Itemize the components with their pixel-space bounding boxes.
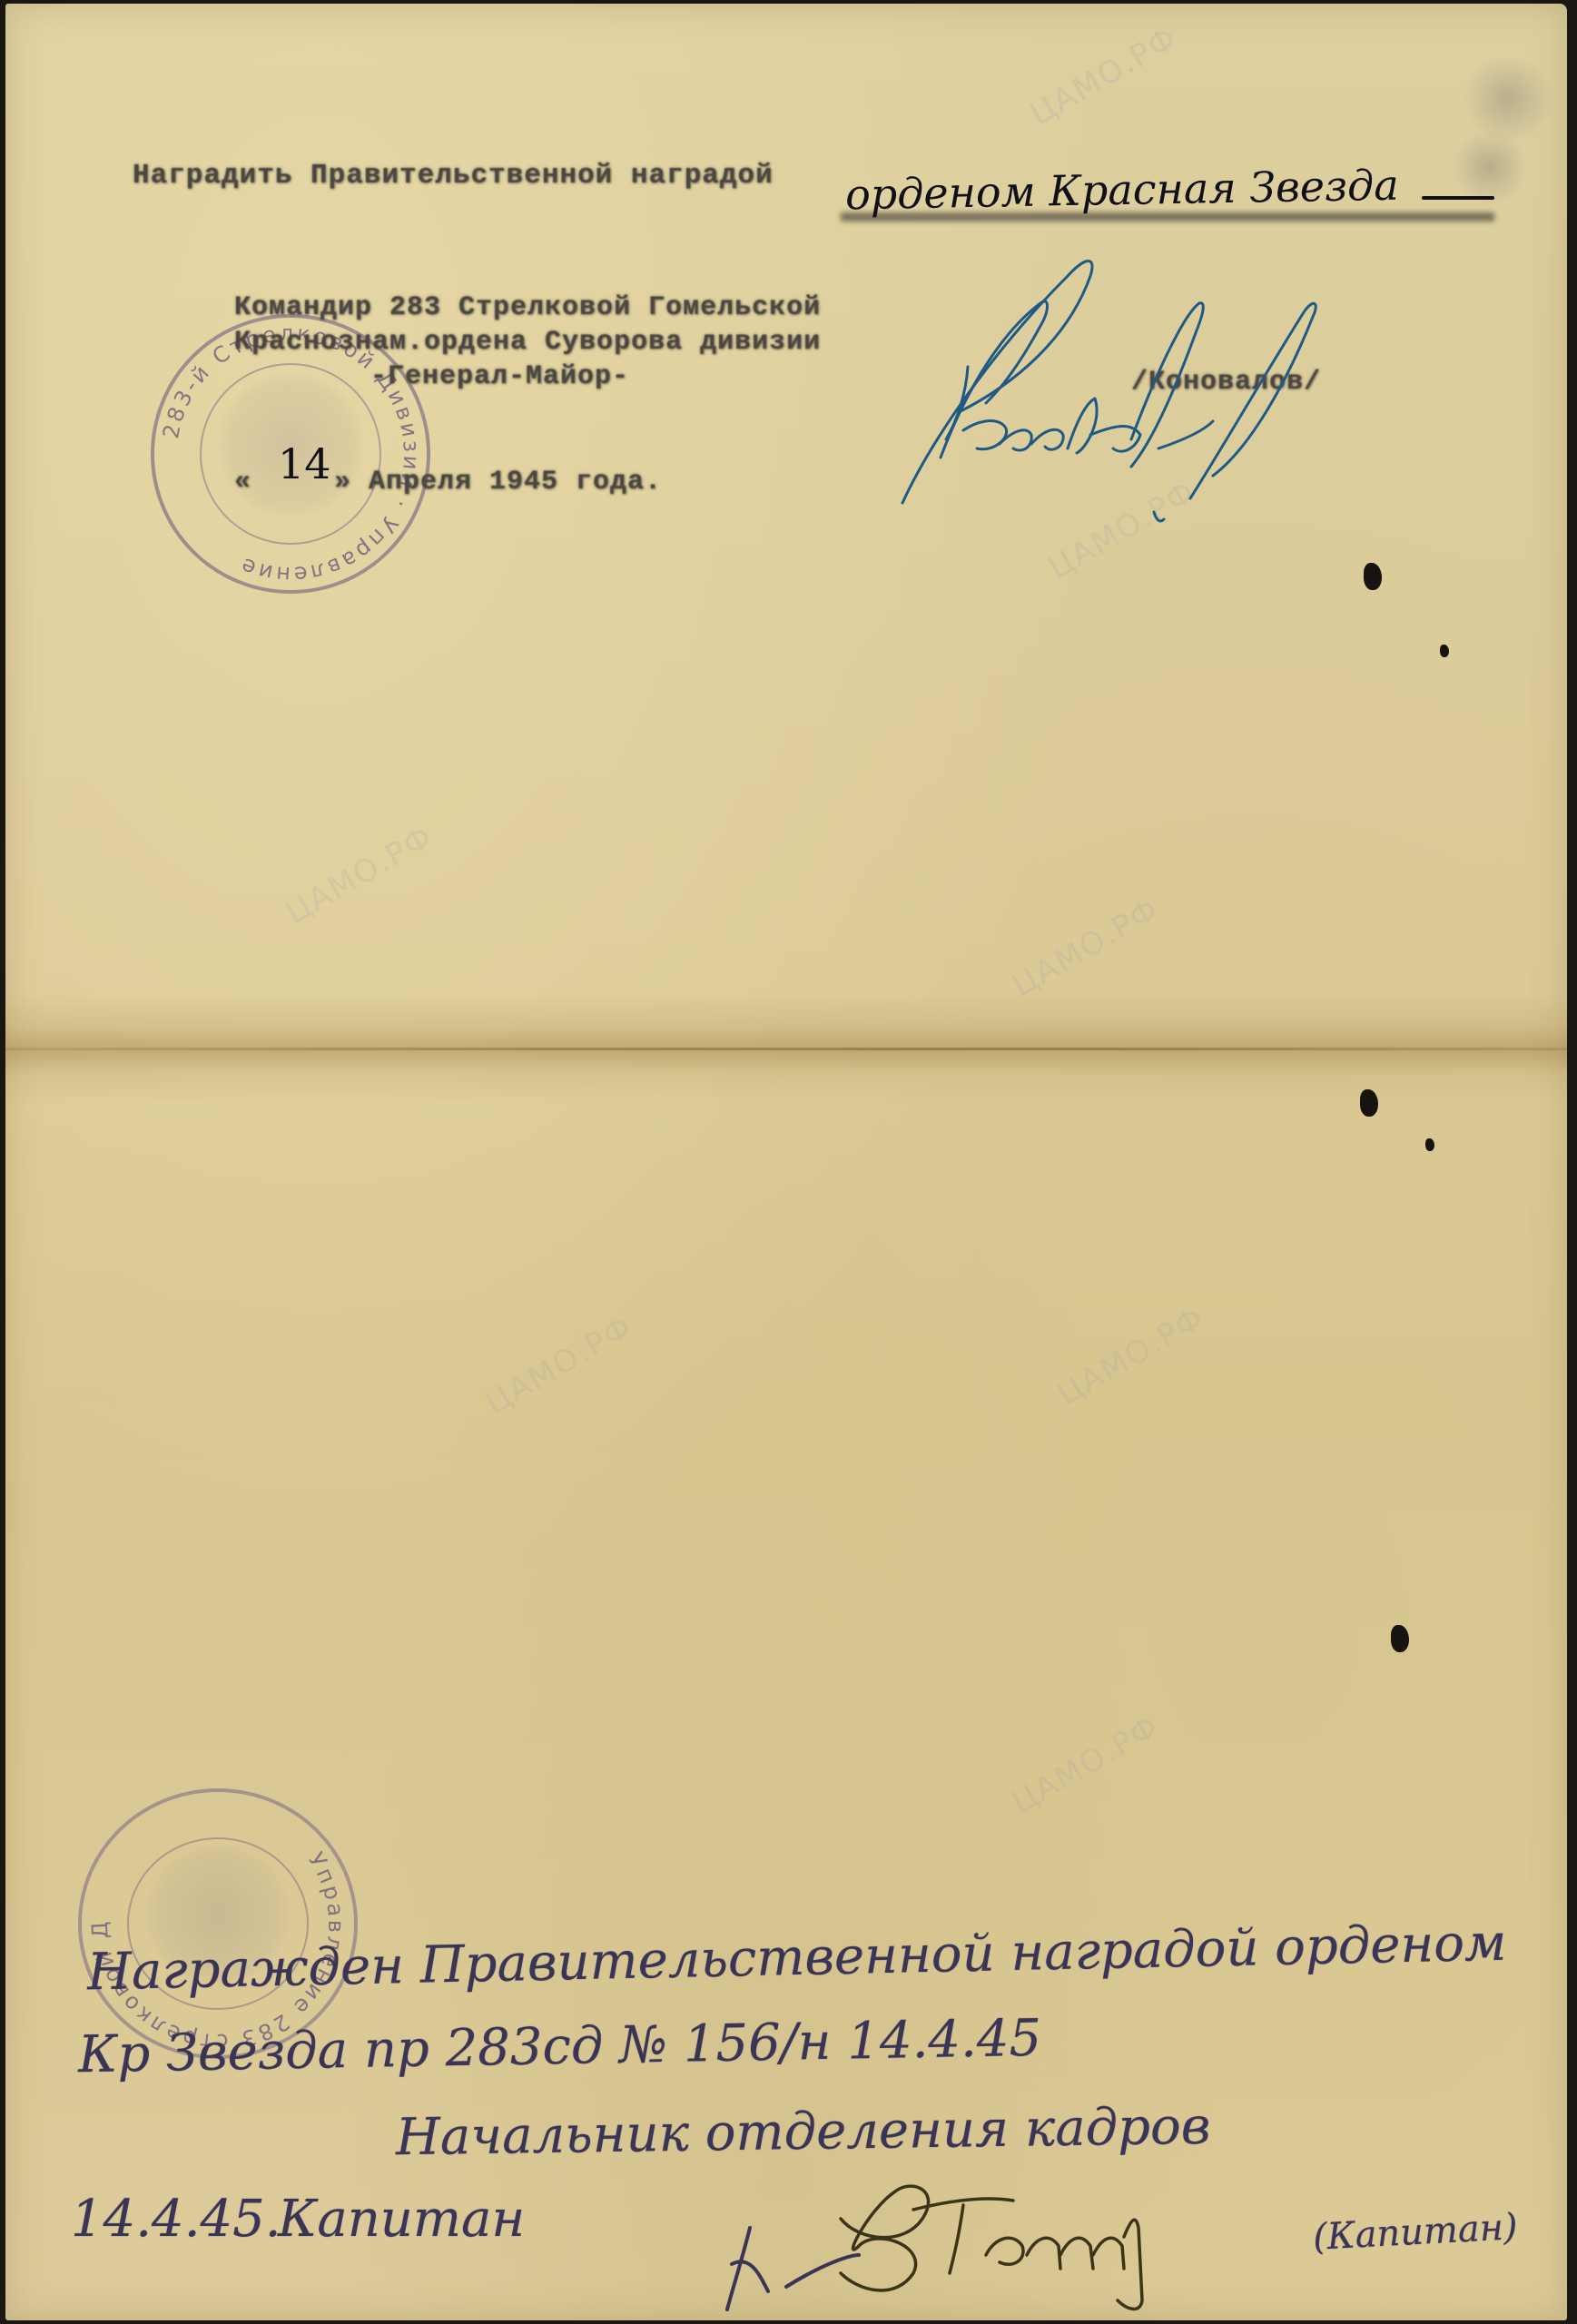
punch-hole [1391, 1625, 1409, 1652]
award-note-date: 14.4.45. [71, 2190, 281, 2249]
commander-rank: -Генерал-Майор- [370, 361, 629, 392]
fingerprint-smudge [1458, 58, 1558, 140]
watermark: ЦАМО.РФ [479, 1309, 639, 1423]
punch-hole [1440, 645, 1449, 657]
punch-hole [1425, 1138, 1434, 1151]
date-open-quote: « [234, 467, 251, 497]
award-name-flourish [1422, 196, 1494, 200]
award-note-rank: Капитан [278, 2190, 525, 2249]
document-page: ЦАМО.РФ ЦАМО.РФ ЦАМО.РФ ЦАМО.РФ ЦАМО.РФ … [5, 4, 1567, 2320]
award-name-handwritten: орденом Красная Звезда [845, 161, 1399, 220]
stamp-text: Управление 283 стрелковой Дивизии [82, 1792, 349, 2054]
fingerprint-smudge [1449, 131, 1531, 203]
commander-title-line2: Краснознам.ордена Суворова дивизии [234, 327, 821, 358]
watermark: ЦАМО.РФ [1024, 20, 1184, 133]
date-day-handwritten: 14 [278, 439, 331, 488]
punch-hole [1360, 1089, 1378, 1117]
date-month-year: » Апреля 1945 года. [334, 467, 662, 497]
personnel-chief-rank-bracket: (Капитан) [1312, 2206, 1519, 2259]
personnel-chief-signature [804, 2155, 1295, 2319]
commander-title-line1: Командир 283 Стрелковой Гомельской [234, 292, 821, 323]
watermark: ЦАМО.РФ [1006, 1709, 1166, 1822]
fold-line [5, 1048, 1567, 1050]
watermark: ЦАМО.РФ [1051, 1300, 1211, 1413]
watermark: ЦАМО.РФ [1006, 891, 1166, 1005]
division-stamp-bottom: Управление 283 стрелковой Дивизии [78, 1788, 358, 2059]
commander-signature [859, 240, 1440, 530]
award-line-typed: Наградить Правительственной наградой [133, 160, 774, 192]
punch-hole [1364, 563, 1382, 590]
watermark: ЦАМО.РФ [280, 819, 439, 932]
